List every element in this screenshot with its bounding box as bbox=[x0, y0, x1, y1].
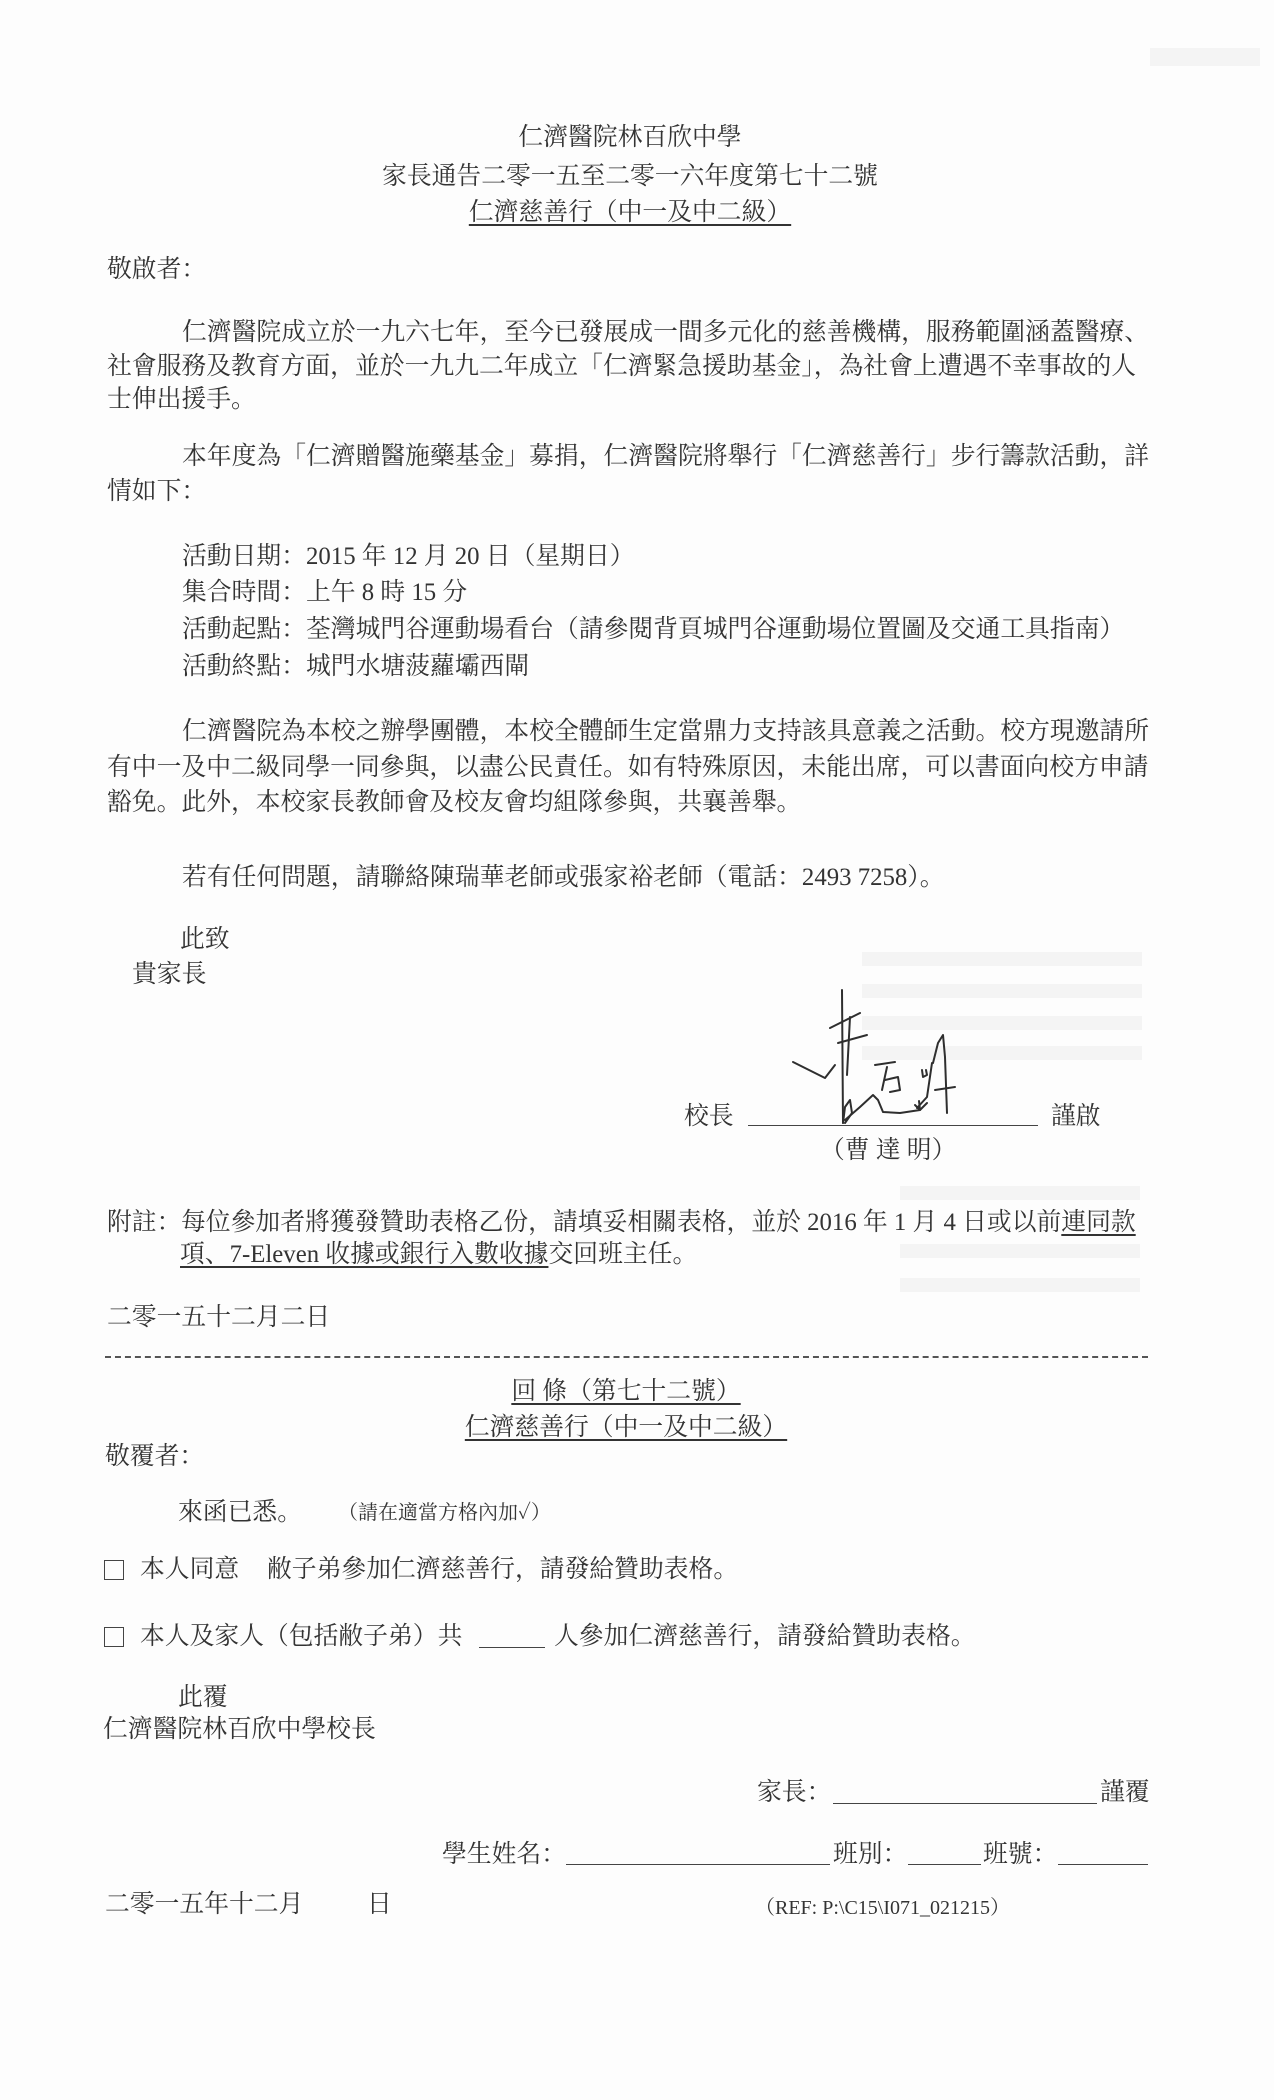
intro-paragraph-line: 社會服務及教育方面，並於一九九二年成立「仁濟緊急援助基金」，為社會上遭遇不幸事故… bbox=[107, 352, 1136, 382]
participation-paragraph-line: 仁濟醫院為本校之辦學團體，本校全體師生定當鼎力支持該具意義之活動。校方現邀請所 bbox=[182, 717, 1149, 747]
class-number-label: 班號： bbox=[983, 1840, 1057, 1870]
detail-start-point: 活動起點：荃灣城門谷運動場看台（請參閱背頁城門谷運動場位置圖及交通工具指南） bbox=[182, 615, 1124, 645]
detail-label: 集合時間： bbox=[182, 579, 306, 606]
show-through-artifact bbox=[862, 952, 1142, 966]
principal-title: 校長 bbox=[684, 1102, 734, 1132]
note-text: 每位參加者將獲發贊助表格乙份，請填妥相關表格，並於 2016 年 1 月 4 日… bbox=[181, 1209, 1061, 1236]
detail-label: 活動終點： bbox=[182, 653, 306, 680]
participant-count-field[interactable] bbox=[479, 1647, 545, 1648]
option-2-text: 人參加仁濟慈善行，請發給贊助表格。 bbox=[554, 1622, 976, 1652]
notice-subject-text: 仁濟慈善行（中一及中二級） bbox=[469, 199, 791, 226]
detail-value: 上午 8 時 15 分 bbox=[306, 579, 467, 606]
note-text: 交回班主任。 bbox=[548, 1241, 697, 1268]
detail-label: 活動起點： bbox=[182, 616, 306, 643]
principal-sign-off: 謹啟 bbox=[1051, 1102, 1101, 1132]
detail-value: 城門水塘菠蘿壩西閘 bbox=[306, 653, 529, 680]
show-through-artifact bbox=[900, 1186, 1140, 1200]
detail-label: 活動日期： bbox=[182, 543, 306, 570]
option-2-checkbox[interactable] bbox=[104, 1627, 124, 1647]
notice-page: 仁濟醫院林百欣中學 家長通告二零一五至二零一六年度第七十二號 仁濟慈善行（中一及… bbox=[0, 0, 1274, 2100]
closing-line-1: 此致 bbox=[180, 925, 230, 955]
reply-slip-subject-text: 仁濟慈善行（中一及中二級） bbox=[465, 1414, 787, 1441]
reply-closing: 此覆 bbox=[178, 1683, 228, 1713]
parent-label: 家長： bbox=[757, 1778, 831, 1808]
contact-paragraph: 若有任何問題，請聯絡陳瑞華老師或張家裕老師（電話：2493 7258）。 bbox=[182, 863, 945, 893]
note-underlined-text: 項、7-Eleven 收據或銀行入數收據 bbox=[180, 1241, 548, 1268]
option-2-prefix: 本人及家人（包括敝子弟）共 bbox=[140, 1622, 462, 1652]
school-name: 仁濟醫院林百欣中學 bbox=[110, 123, 1150, 153]
reply-acknowledgement: 來函已悉。 bbox=[178, 1498, 302, 1528]
student-name-label: 學生姓名： bbox=[442, 1840, 566, 1870]
salutation: 敬啟者： bbox=[107, 255, 206, 285]
student-name-field[interactable] bbox=[566, 1864, 830, 1865]
parent-signature-field[interactable] bbox=[833, 1803, 1097, 1804]
class-number-field[interactable] bbox=[1058, 1864, 1148, 1865]
detail-assembly-time: 集合時間：上午 8 時 15 分 bbox=[182, 578, 467, 608]
detail-value: 2015 年 12 月 20 日（星期日） bbox=[306, 543, 635, 570]
reply-date: 二零一五年十二月 bbox=[105, 1890, 303, 1920]
reference-code: （REF: P:\C15\I071_021215） bbox=[755, 1893, 1010, 1923]
detail-value: 荃灣城門谷運動場看台（請參閱背頁城門谷運動場位置圖及交通工具指南） bbox=[306, 616, 1124, 643]
parent-sign-off: 謹覆 bbox=[1100, 1778, 1150, 1808]
event-paragraph-line: 情如下： bbox=[107, 477, 206, 507]
intro-paragraph-line: 仁濟醫院成立於一九六七年，至今已發展成一間多元化的慈善機構，服務範圍涵蓋醫療、 bbox=[182, 318, 1149, 348]
class-field[interactable] bbox=[908, 1864, 981, 1865]
issue-date: 二零一五十二月二日 bbox=[107, 1303, 330, 1333]
notice-subject: 仁濟慈善行（中一及中二級） bbox=[110, 198, 1150, 228]
principal-signature-icon bbox=[780, 980, 980, 1130]
intro-paragraph-line: 士伸出援手。 bbox=[107, 385, 256, 415]
reply-recipient: 仁濟醫院林百欣中學校長 bbox=[103, 1715, 376, 1745]
class-label: 班別： bbox=[833, 1840, 907, 1870]
note-underlined-text: 連同款 bbox=[1061, 1209, 1135, 1236]
closing-line-2: 貴家長 bbox=[132, 960, 206, 990]
notice-number: 家長通告二零一五至二零一六年度第七十二號 bbox=[110, 162, 1150, 192]
option-1-checkbox[interactable] bbox=[104, 1560, 124, 1580]
note-label: 附註： bbox=[107, 1208, 181, 1238]
reply-salutation: 敬覆者： bbox=[105, 1442, 204, 1472]
event-paragraph-line: 本年度為「仁濟贈醫施藥基金」募捐，仁濟醫院將舉行「仁濟慈善行」步行籌款活動，詳 bbox=[182, 442, 1149, 472]
participation-paragraph-line: 豁免。此外，本校家長教師會及校友會均組隊參與，共襄善舉。 bbox=[107, 788, 801, 818]
principal-signature-line bbox=[748, 1125, 1038, 1126]
cut-line-divider bbox=[105, 1356, 1148, 1358]
reply-slip-title: 回 條（第七十二號） bbox=[106, 1377, 1146, 1407]
detail-end-point: 活動終點：城門水塘菠蘿壩西閘 bbox=[182, 652, 529, 682]
show-through-artifact bbox=[900, 1244, 1140, 1258]
note-line-2: 項、7-Eleven 收據或銀行入數收據交回班主任。 bbox=[180, 1240, 697, 1270]
reply-slip-title-text: 回 條（第七十二號） bbox=[511, 1378, 740, 1405]
note-line-1: 每位參加者將獲發贊助表格乙份，請填妥相關表格，並於 2016 年 1 月 4 日… bbox=[181, 1208, 1136, 1238]
participation-paragraph-line: 有中一及中二級同學一同參與，以盡公民責任。如有特殊原因，未能出席，可以書面向校方… bbox=[107, 753, 1148, 783]
reply-date-day: 日 bbox=[367, 1890, 392, 1920]
reply-slip-subject: 仁濟慈善行（中一及中二級） bbox=[106, 1413, 1146, 1443]
show-through-artifact bbox=[1150, 48, 1260, 66]
option-1-text: 敝子弟參加仁濟慈善行，請發給贊助表格。 bbox=[267, 1555, 738, 1585]
reply-instruction: （請在適當方格內加✓） bbox=[338, 1498, 551, 1528]
principal-name: （曹 達 明） bbox=[820, 1136, 956, 1166]
option-1-prefix: 本人同意 bbox=[140, 1555, 239, 1585]
detail-event-date: 活動日期：2015 年 12 月 20 日（星期日） bbox=[182, 542, 635, 572]
show-through-artifact bbox=[900, 1278, 1140, 1292]
